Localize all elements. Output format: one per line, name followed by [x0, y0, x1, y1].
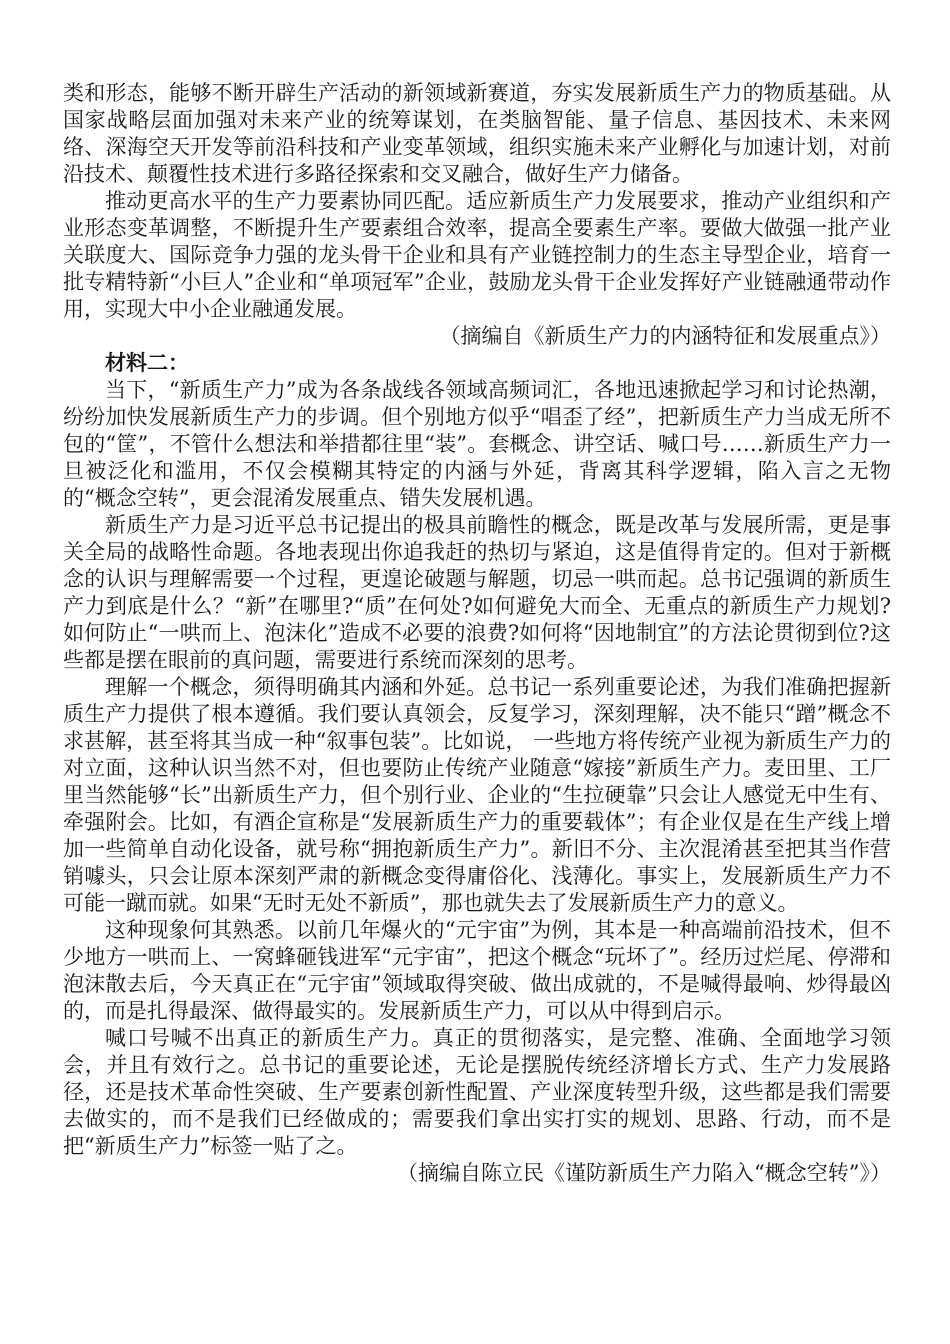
material1-paragraph-2: 推动更高水平的生产力要素协同匹配。适应新质生产力发展要求，推动产业组织和产业形态… [63, 188, 891, 323]
material2-paragraph-3: 理解一个概念，须得明确其内涵和外延。总书记一系列重要论述，为我们准确把握新质生产… [63, 674, 891, 917]
material2-source-line: （摘编自陈立民《谨防新质生产力陷入“概念空转”》） [63, 1160, 891, 1187]
material2-paragraph-1: 当下，“新质生产力”成为各条战线各领域高频词汇，各地迅速掀起学习和讨论热潮，纷纷… [63, 377, 891, 512]
material1-source-line: （摘编自《新质生产力的内涵特征和发展重点》） [63, 323, 891, 350]
material2-heading: 材料二： [63, 350, 891, 377]
document-page: 类和形态，能够不断开辟生产活动的新领域新赛道，夯实发展新质生产力的物质基础。从国… [0, 0, 950, 1344]
material2-paragraph-4: 这种现象何其熟悉。以前几年爆火的“元宇宙”为例，其本是一种高端前沿技术，但不少地… [63, 917, 891, 1025]
material2-paragraph-5: 喊口号喊不出真正的新质生产力。真正的贯彻落实，是完整、准确、全面地学习领会，并且… [63, 1025, 891, 1160]
material2-paragraph-2: 新质生产力是习近平总书记提出的极具前瞻性的概念，既是改革与发展所需，更是事关全局… [63, 512, 891, 674]
material1-continuation-paragraph: 类和形态，能够不断开辟生产活动的新领域新赛道，夯实发展新质生产力的物质基础。从国… [63, 80, 891, 188]
